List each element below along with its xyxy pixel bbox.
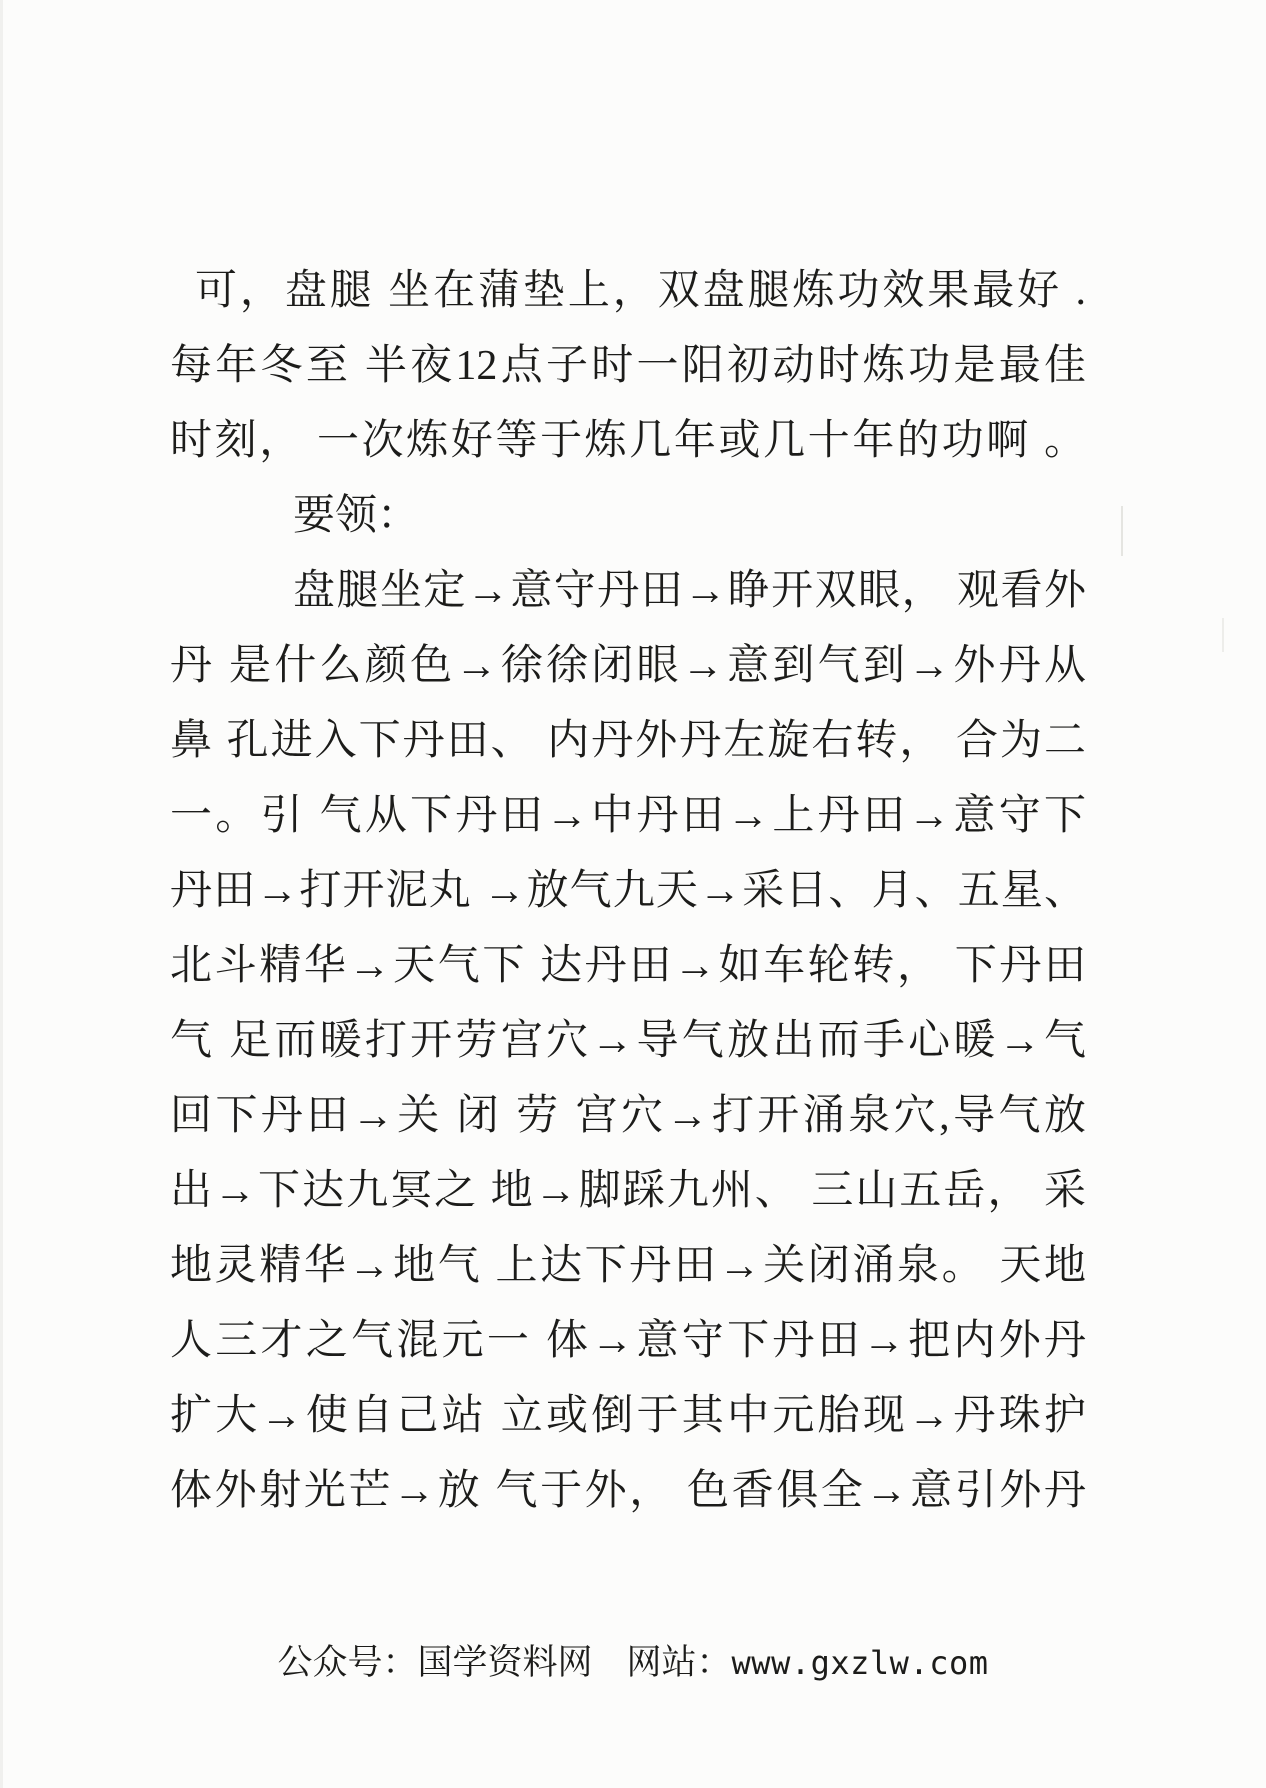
text-line: 要领： xyxy=(170,479,1086,554)
text-line: 可，盘腿 坐在蒲垫上，双盘腿炼功效果最好 . xyxy=(170,254,1086,329)
text-line: 气 足而暖打开劳宫穴→导气放出而手心暖→气 xyxy=(170,1004,1086,1079)
text-line: 北斗精华→天气下 达丹田→如车轮转， 下丹田 xyxy=(170,929,1086,1004)
footer-wechat-label: 公众号：国学资料网 xyxy=(278,1643,593,1682)
text-line: 人三才之气混元一 体→意守下丹田→把内外丹 xyxy=(170,1304,1086,1379)
text-line: 出→下达九冥之 地→脚踩九州、 三山五岳， 采 xyxy=(170,1154,1086,1229)
text-line: 一。引 气从下丹田→中丹田→上丹田→意守下 xyxy=(170,779,1086,854)
text-line: 回下丹田→关 闭 劳 宫穴→打开涌泉穴,导气放 xyxy=(170,1079,1086,1154)
text-line: 地灵精华→地气 上达下丹田→关闭涌泉。 天地 xyxy=(170,1229,1086,1304)
footer-site-label: 网站： xyxy=(627,1643,732,1682)
text-line: 时刻， 一次炼好等于炼几年或几十年的功啊 。 xyxy=(170,404,1086,479)
text-line: 扩大→使自己站 立或倒于其中元胎现→丹珠护 xyxy=(170,1379,1086,1454)
text-line: 丹 是什么颜色→徐徐闭眼→意到气到→外丹从 xyxy=(170,629,1086,704)
text-line: 丹田→打开泥丸 →放气九天→采日、月、五星、 xyxy=(170,854,1086,929)
scanned-page: 可，盘腿 坐在蒲垫上，双盘腿炼功效果最好 .每年冬至 半夜12点子时一阳初动时炼… xyxy=(0,0,1266,1788)
text-line: 盘腿坐定→意守丹田→睁开双眼， 观看外 xyxy=(170,554,1086,629)
footer-url: www.gxzlw.com xyxy=(732,1644,989,1682)
footer: 公众号：国学资料网网站：www.gxzlw.com xyxy=(0,1638,1266,1688)
scan-artifact xyxy=(1121,506,1123,556)
scan-edge-shade xyxy=(0,0,3,1788)
scan-artifact xyxy=(1222,618,1224,652)
text-line: 鼻 孔进入下丹田、 内丹外丹左旋右转， 合为二 xyxy=(170,704,1086,779)
text-line: 体外射光芒→放 气于外， 色香俱全→意引外丹 xyxy=(170,1454,1086,1529)
text-line: 每年冬至 半夜12点子时一阳初动时炼功是最佳 xyxy=(170,329,1086,404)
body-text-block: 可，盘腿 坐在蒲垫上，双盘腿炼功效果最好 .每年冬至 半夜12点子时一阳初动时炼… xyxy=(170,254,1086,1529)
